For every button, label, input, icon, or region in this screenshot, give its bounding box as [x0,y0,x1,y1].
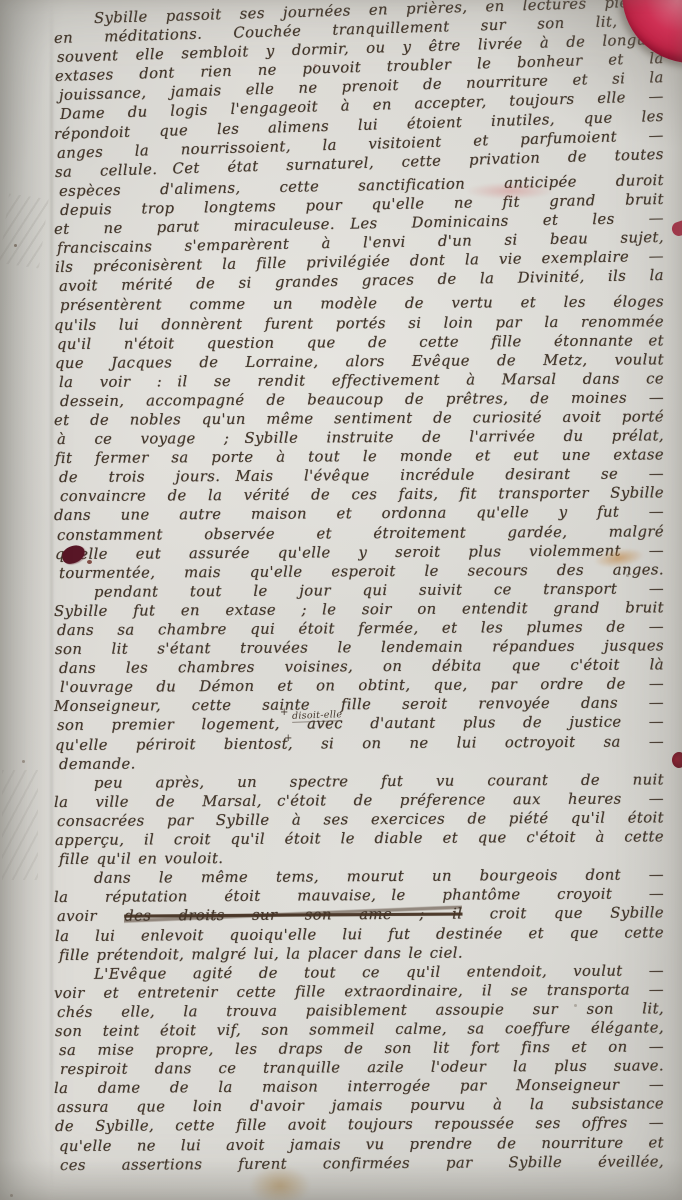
ink-blot-speck [87,560,92,564]
fly-specks [14,244,17,247]
page-left-edge-shading [0,0,50,1200]
manuscript-page-photo: Sybille passoit ses journées en prières,… [0,0,682,1200]
paper-fold-line [50,0,53,1200]
paper-stain [250,1166,310,1200]
insertion-caret-top: + [280,709,288,717]
insertion-caret-bottom: + [284,735,292,743]
struck-text: des droits sur son ame ; il [124,906,462,925]
margin-ink-smudge [0,194,49,269]
red-edge-dot [672,752,682,768]
line-text: avoir [57,908,124,925]
line-text: croit que Sybille [462,905,664,923]
interlinear-insertion: disoit-elle [292,710,343,723]
red-edge-mark [670,220,682,237]
margin-ink-smudge [2,770,38,880]
manuscript-line: ces assertions furent confirmées par Syb… [60,1152,664,1175]
red-ink-tint-mark [468,183,552,199]
manuscript-text: Sybille passoit ses journées en prières,… [54,10,664,1175]
